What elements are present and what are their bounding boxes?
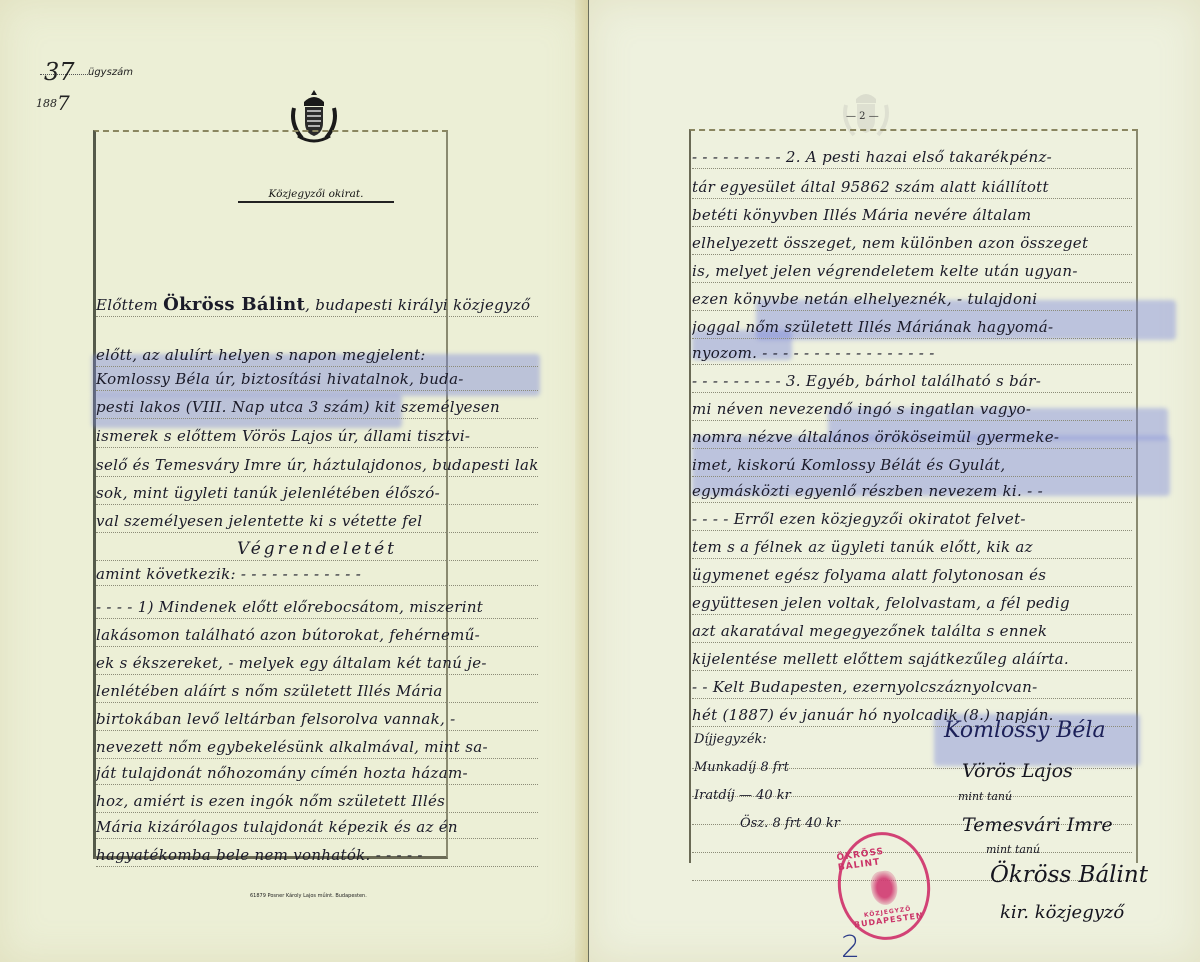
text-line: birtokában levő leltárban felsorolva van… [96, 702, 538, 731]
text-line: tem s a félnek az ügyleti tanúk előtt, k… [692, 530, 1132, 559]
text-line: amint következik: - - - - - - - - - - - … [96, 557, 538, 586]
fee-item: Munkadíj 8 frt [694, 754, 840, 782]
notary-role: kir. közjegyző [1000, 902, 1124, 923]
pencil-page-mark: 2 [841, 930, 860, 962]
witness1-role: mint tanú [958, 790, 1012, 803]
text-line: betéti könyvben Illés Mária nevére által… [692, 198, 1132, 227]
fee-schedule: Díjjegyzék: Munkadíj 8 frt Iratdíj — 40 … [694, 726, 840, 838]
text-line: - - - - 1) Mindenek előtt előrebocsátom,… [96, 590, 538, 619]
case-number-label: ügyszám [88, 67, 133, 78]
text-line: nevezett nőm egybekelésünk alkalmával, m… [96, 730, 538, 759]
text-line: lakásomon található azon bútorokat, fehé… [96, 618, 538, 647]
fee-label: Díjjegyzék: [694, 726, 840, 754]
year-digit: 7 [57, 91, 70, 115]
page-gutter [575, 0, 589, 962]
fee-item-label: Iratdíj [694, 788, 735, 803]
text-line: lenlétében aláírt s nőm született Illés … [96, 674, 538, 703]
printer-note: 61879 Posner Károly Lajos műint. Budapes… [250, 893, 367, 899]
year-prefix: 188 [36, 97, 57, 110]
case-number: 37 [44, 58, 75, 86]
fee-item-label: Munkadíj [694, 760, 756, 775]
text-line: azt akaratával megegyezőnek találta s en… [692, 614, 1132, 643]
text-line: ek s ékszereket, - melyek egy általam ké… [96, 646, 538, 675]
stamp-crest-icon [869, 869, 899, 906]
notary-signature: Ökröss Bálint [990, 862, 1148, 888]
text-line: selő és Temesváry Imre úr, háztulajdonos… [96, 448, 538, 477]
witness2-signature: Temesvári Imre [962, 814, 1113, 836]
fee-item-value: 8 frt 40 kr [772, 816, 840, 831]
fee-item-label: Ösz. [740, 816, 768, 831]
text-line: hoz, amiért is ezen ingók nőm született … [96, 784, 538, 813]
fee-item: Ösz. 8 frt 40 kr [694, 810, 840, 838]
text-line: nomra nézve általános örököseimül gyerme… [692, 420, 1132, 449]
text-line: - - - - - - - - - 2. A pesti hazai első … [692, 140, 1132, 169]
text-line: együttesen jelen voltak, felolvastam, a … [692, 586, 1132, 615]
document-title: Közjegyzői okirat. [238, 188, 394, 203]
text-line: tár egyesület által 95862 szám alatt kiá… [692, 170, 1132, 199]
text-line: ját tulajdonát nőhozomány címén hozta há… [96, 756, 538, 785]
year: 1887 [36, 88, 70, 112]
fee-item-value: — 40 kr [739, 788, 791, 803]
witness1-signature: Vörös Lajos [962, 760, 1073, 782]
text-fragment: , budapesti királyi közjegyző [305, 296, 530, 314]
fee-item: Iratdíj — 40 kr [694, 782, 840, 810]
text-line: nyozom. - - - - - - - - - - - - - - - - … [692, 336, 1132, 365]
text-line: mi néven nevezendő ingó s ingatlan vagyo… [692, 392, 1132, 421]
fee-item-value: 8 frt [760, 760, 789, 775]
text-line: ügymenet egész folyama alatt folytonosan… [692, 558, 1132, 587]
text-line: egymásközti egyenlő részben nevezem ki. … [692, 474, 1132, 503]
text-line: val személyesen jelentette ki s vétette … [96, 504, 538, 533]
text-line: pesti lakos (VIII. Nap utca 3 szám) kit … [96, 390, 538, 419]
text-line: ismerek s előttem Vörös Lajos úr, állami… [96, 419, 538, 448]
text-line: imet, kiskorú Komlossy Bélát és Gyulát, [692, 448, 1132, 477]
text-line: hagyatékomba bele nem vonhatók. - - - - … [96, 838, 538, 867]
text-line: sok, mint ügyleti tanúk jelenlétében élő… [96, 476, 538, 505]
text-line: elhelyezett összeget, nem különben azon … [692, 226, 1132, 255]
text-line: is, melyet jelen végrendeletem kelte utá… [692, 254, 1132, 283]
notary-name: Ökröss Bálint [163, 294, 305, 315]
text-line: kijelentése mellett előttem sajátkezűleg… [692, 642, 1132, 671]
text-line: Előttem Ökröss Bálint, budapesti királyi… [96, 288, 538, 317]
text-line: - - Kelt Budapesten, ezernyolcszáznyolcv… [692, 670, 1132, 699]
text-line: joggal nőm született Illés Máriának hagy… [692, 310, 1132, 339]
text-fragment: Előttem [96, 296, 163, 314]
page-number: — 2 — [846, 111, 879, 122]
text-line: - - - - - - - - - 3. Egyéb, bárhol talál… [692, 364, 1132, 393]
testator-signature: Komlossy Béla [944, 718, 1106, 743]
text-line: Mária kizárólagos tulajdonát képezik és … [96, 810, 538, 839]
text-line: ezen könyvbe netán elhelyeznék, - tulajd… [692, 282, 1132, 311]
text-line: - - - - Erről ezen közjegyzői okiratot f… [692, 502, 1132, 531]
text-line: Komlossy Béla úr, biztosítási hivatalnok… [96, 362, 538, 391]
witness2-role: mint tanú [986, 843, 1040, 856]
